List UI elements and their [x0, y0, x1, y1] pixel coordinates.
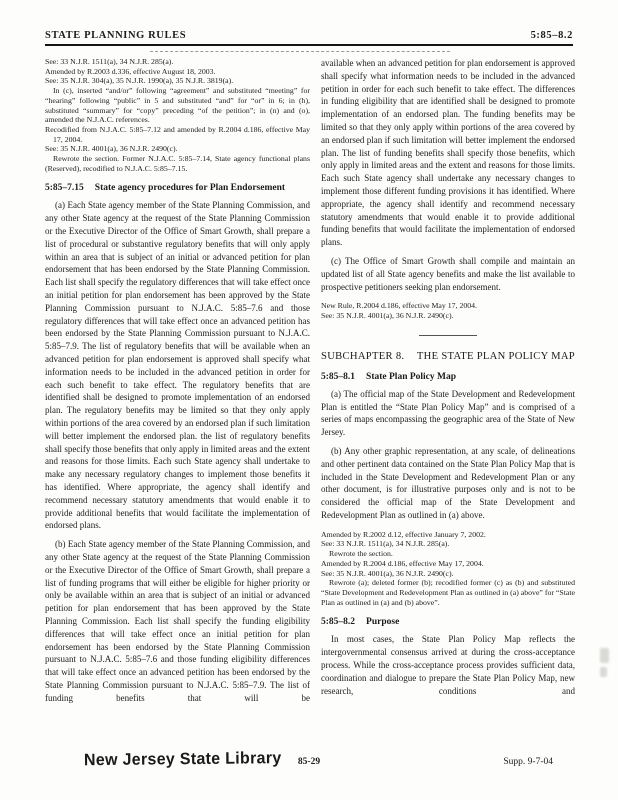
note-line: Rewrote (a); deleted former (b); recodif…: [321, 578, 575, 607]
note-line: Rewrote the section.: [321, 549, 575, 559]
section-heading-7-15: 5:85–7.15State agency procedures for Pla…: [45, 182, 310, 194]
section-number: 5:85–7.15: [45, 183, 84, 193]
subchapter-title: THE STATE PLAN POLICY MAP: [417, 351, 575, 362]
paragraph-b: (b) Any other graphic representation, at…: [321, 445, 575, 522]
note-line: See: 35 N.J.R. 304(a), 35 N.J.R. 1990(a)…: [45, 76, 310, 86]
section-title: State Plan Policy Map: [366, 372, 456, 382]
note-line: See: 33 N.J.R. 1511(a), 34 N.J.R. 285(a)…: [321, 539, 575, 549]
note-line: See: 35 N.J.R. 4001(a), 36 N.J.R. 2490(c…: [321, 311, 575, 321]
paragraph-b-continued: available when an advanced petition for …: [321, 57, 575, 249]
supplement-date: Supp. 9-7-04: [503, 757, 553, 767]
header-rule-scan-echo: [150, 51, 450, 52]
section-title: Purpose: [366, 617, 399, 627]
paragraph-b: (b) Each State agency member of the Stat…: [45, 538, 310, 704]
scan-artifact: [600, 648, 609, 663]
note-line: Amended by R.2004 d.186, effective May 1…: [321, 559, 575, 569]
note-line: New Rule, R.2004 d.186, effective May 17…: [321, 301, 575, 311]
section-title: State agency procedures for Plan Endorse…: [95, 183, 285, 193]
running-head-title: STATE PLANNING RULES: [45, 30, 186, 41]
column-right: available when an advanced petition for …: [321, 57, 575, 705]
history-notes-7-14: See: 33 N.J.R. 1511(a), 34 N.J.R. 285(a)…: [45, 57, 310, 173]
note-line: In (c), inserted “and/or” following “agr…: [45, 86, 310, 125]
running-head: STATE PLANNING RULES 5:85–8.2: [45, 30, 573, 46]
section-number: 5:85–8.1: [321, 372, 355, 382]
column-left: See: 33 N.J.R. 1511(a), 34 N.J.R. 285(a)…: [45, 57, 310, 705]
note-line: Amended by R.2003 d.336, effective Augus…: [45, 67, 310, 77]
running-head-section-ref: 5:85–8.2: [531, 30, 573, 41]
section-heading-8-1: 5:85–8.1State Plan Policy Map: [321, 371, 575, 383]
section-divider-rule: [419, 335, 477, 336]
paragraph-a: (a) Each State agency member of the Stat…: [45, 199, 310, 532]
note-line: Rewrote the section. Former N.J.A.C. 5:8…: [45, 154, 310, 173]
paragraph-a: (a) The official map of the State Develo…: [321, 388, 575, 439]
history-notes-7-15: New Rule, R.2004 d.186, effective May 17…: [321, 301, 575, 320]
subchapter-label: SUBCHAPTER 8.: [321, 351, 404, 362]
section-heading-8-2: 5:85–8.2Purpose: [321, 616, 575, 628]
section-number: 5:85–8.2: [321, 617, 355, 627]
subchapter-8-heading: SUBCHAPTER 8. THE STATE PLAN POLICY MAP: [321, 351, 575, 362]
two-column-body: See: 33 N.J.R. 1511(a), 34 N.J.R. 285(a)…: [45, 57, 575, 705]
note-line: See: 35 N.J.R. 4001(a), 36 N.J.R. 2490(c…: [321, 569, 575, 579]
note-line: See: 33 N.J.R. 1511(a), 34 N.J.R. 285(a)…: [45, 57, 310, 67]
note-line: Amended by R.2002 d.12, effective Januar…: [321, 530, 575, 540]
paragraph-c: (c) The Office of Smart Growth shall com…: [321, 255, 575, 293]
scan-artifact: [600, 667, 607, 677]
history-notes-8-1: Amended by R.2002 d.12, effective Januar…: [321, 530, 575, 608]
note-line: See: 35 N.J.R. 4001(a), 36 N.J.R. 2490(c…: [45, 144, 310, 154]
document-page: STATE PLANNING RULES 5:85–8.2 See: 33 N.…: [0, 0, 618, 800]
note-line: Recodified from N.J.A.C. 5:85–7.12 and a…: [45, 125, 310, 144]
paragraph-purpose: In most cases, the State Plan Policy Map…: [321, 633, 575, 697]
